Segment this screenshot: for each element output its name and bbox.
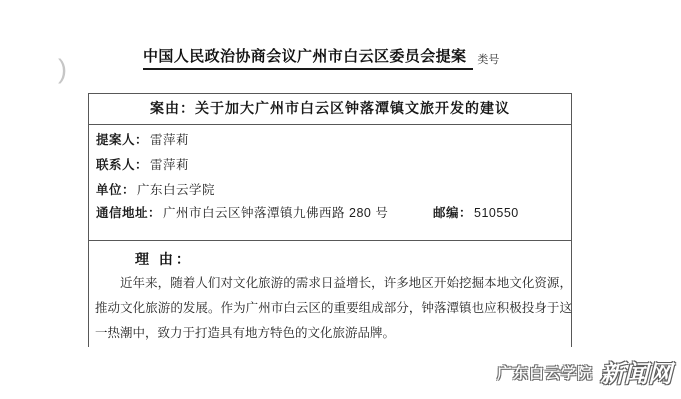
- scanned-proposal-document: ) 中国人民政治协商会议广州市白云区委员会提案类号 案由：关于加大广州市白云区钟…: [0, 0, 681, 399]
- contact-value: 雷萍莉: [150, 158, 189, 172]
- document-title-row: 中国人民政治协商会议广州市白云区委员会提案类号: [143, 45, 499, 70]
- address-value: 广州市白云区钟落潭镇九佛西路 280 号: [163, 206, 388, 220]
- field-row-address: 通信地址：广州市白云区钟落潭镇九佛西路 280 号 邮编：510550: [96, 203, 388, 221]
- reason-section-heading: 理 由：: [135, 249, 193, 269]
- proposal-form-table: 案由：关于加大广州市白云区钟落潭镇文旅开发的建议 提案人：雷萍莉 联系人：雷萍莉…: [88, 93, 572, 347]
- case-subject-header: 案由：关于加大广州市白云区钟落潭镇文旅开发的建议: [89, 94, 571, 125]
- field-row-contact: 联系人：雷萍莉: [96, 155, 189, 173]
- reason-paragraph: 近年来，随着人们对文化旅游的需求日益增长，许多地区开始挖掘本地文化资源，推动文化…: [95, 271, 572, 346]
- zip-value: 510550: [474, 206, 519, 220]
- document-title: 中国人民政治协商会议广州市白云区委员会提案: [143, 45, 473, 70]
- watermark-university-name: 广东白云学院: [497, 365, 593, 382]
- unit-label: 单位：: [96, 183, 135, 197]
- field-row-unit: 单位：广东白云学院: [96, 180, 215, 198]
- section-divider-line: [89, 240, 571, 241]
- proposer-value: 雷萍莉: [150, 133, 189, 147]
- zip-group: 邮编：510550: [433, 203, 519, 221]
- unit-value: 广东白云学院: [137, 183, 215, 197]
- field-row-proposer: 提案人：雷萍莉: [96, 130, 189, 148]
- address-label: 通信地址：: [96, 206, 161, 220]
- category-number-label: 类号: [477, 54, 499, 66]
- zip-label: 邮编：: [433, 206, 472, 220]
- watermark-news-network: 新闻网: [600, 361, 672, 388]
- proposer-label: 提案人：: [96, 133, 148, 147]
- contact-label: 联系人：: [96, 158, 148, 172]
- scan-artifact-mark: ): [58, 54, 67, 85]
- site-watermark: 广东白云学院新闻网: [497, 354, 672, 389]
